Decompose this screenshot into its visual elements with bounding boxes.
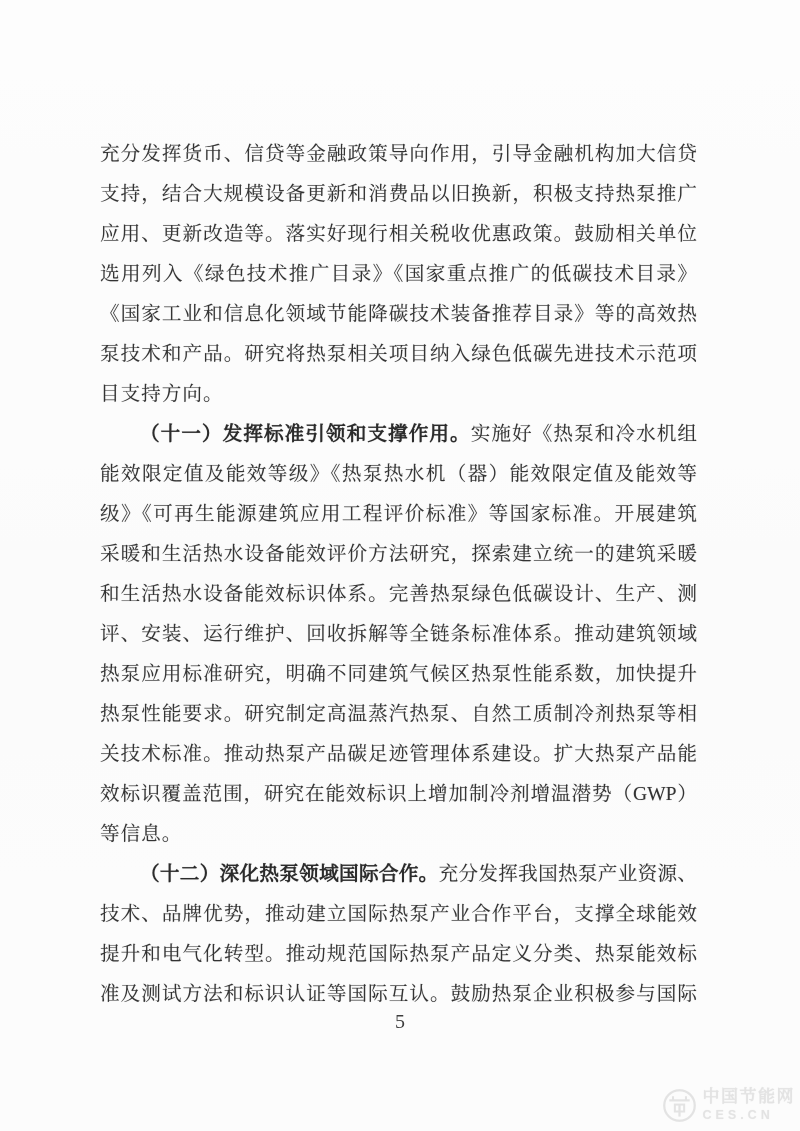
paragraph-heading-segment: （十二）深化热泵领域国际合作。 [140,864,439,885]
document-line: 效标识覆盖范围，研究在能效标识上增加制冷剂增温潜势（GWP） [100,775,697,815]
document-line: 采暖和生活热水设备能效评价方法研究，探索建立统一的建筑采暖 [100,535,697,575]
document-line: 评、安装、运行维护、回收拆解等全链条标准体系。推动建筑领域 [100,615,697,655]
document-line: 《国家工业和信息化领域节能降碳技术装备推荐目录》等的高效热 [100,295,697,335]
ces-logo-icon [661,1087,698,1124]
document-line: 关技术标准。推动热泵产品碳足迹管理体系建设。扩大热泵产品能 [100,735,697,775]
document-body: 充分发挥货币、信贷等金融政策导向作用，引导金融机构加大信贷支持，结合大规模设备更… [100,135,697,1015]
watermark-domain: CES.CN [703,1109,796,1123]
text-segment: 和生活热水设备能效标识体系。完善热泵绿色低碳设计、生产、测 [100,584,697,605]
text-segment: 采暖和生活热水设备能效评价方法研究，探索建立统一的建筑采暖 [100,544,697,565]
text-segment: 热泵性能要求。研究制定高温蒸汽热泵、自然工质制冷剂热泵等相 [100,704,697,725]
document-line: 能效限定值及能效等级》《热泵热水机（器）能效限定值及能效等 [100,455,697,495]
document-line: 等信息。 [100,815,697,855]
text-segment: 准及测试方法和标识认证等国际互认。鼓励热泵企业积极参与国际 [100,984,697,1005]
document-page: 充分发挥货币、信贷等金融政策导向作用，引导金融机构加大信贷支持，结合大规模设备更… [0,0,800,1131]
text-segment: 充分发挥我国热泵产业资源、 [439,864,697,885]
text-segment: 等信息。 [100,824,182,845]
text-segment: 效标识覆盖范围，研究在能效标识上增加制冷剂增温潜势（GWP） [100,784,697,805]
document-line: 应用、更新改造等。落实好现行相关税收优惠政策。鼓励相关单位 [100,215,697,255]
watermark-text: 中国节能网 CES.CN [703,1088,796,1122]
text-segment: 技术、品牌优势，推动建立国际热泵产业合作平台，支撑全球能效 [100,904,697,925]
text-segment: 评、安装、运行维护、回收拆解等全链条标准体系。推动建筑领域 [100,624,697,645]
text-segment: 能效限定值及能效等级》《热泵热水机（器）能效限定值及能效等 [100,464,697,485]
text-segment: 充分发挥货币、信贷等金融政策导向作用，引导金融机构加大信贷 [100,144,697,165]
text-segment: 关技术标准。推动热泵产品碳足迹管理体系建设。扩大热泵产品能 [100,744,697,765]
document-line: 目支持方向。 [100,375,697,415]
document-line: 热泵应用标准研究，明确不同建筑气候区热泵性能系数，加快提升 [100,655,697,695]
document-line: 选用列入《绿色技术推广目录》《国家重点推广的低碳技术目录》 [100,255,697,295]
text-segment: 级》《可再生能源建筑应用工程评价标准》等国家标准。开展建筑 [100,504,697,525]
document-line: 泵技术和产品。研究将热泵相关项目纳入绿色低碳先进技术示范项 [100,335,697,375]
document-line: 充分发挥货币、信贷等金融政策导向作用，引导金融机构加大信贷 [100,135,697,175]
text-segment: 实施好《热泵和冷水机组 [471,424,697,445]
text-segment: 《国家工业和信息化领域节能降碳技术装备推荐目录》等的高效热 [100,304,697,325]
paragraph-heading-segment: （十一）发挥标准引领和支撑作用。 [140,424,471,445]
text-segment: 应用、更新改造等。落实好现行相关税收优惠政策。鼓励相关单位 [100,224,697,245]
text-segment: 提升和电气化转型。推动规范国际热泵产品定义分类、热泵能效标 [100,944,697,965]
document-line: 提升和电气化转型。推动规范国际热泵产品定义分类、热泵能效标 [100,935,697,975]
watermark: 中国节能网 CES.CN [661,1087,796,1124]
document-line: 技术、品牌优势，推动建立国际热泵产业合作平台，支撑全球能效 [100,895,697,935]
document-line: 级》《可再生能源建筑应用工程评价标准》等国家标准。开展建筑 [100,495,697,535]
text-segment: 热泵应用标准研究，明确不同建筑气候区热泵性能系数，加快提升 [100,664,697,685]
text-segment: 选用列入《绿色技术推广目录》《国家重点推广的低碳技术目录》 [100,264,697,285]
text-segment: 泵技术和产品。研究将热泵相关项目纳入绿色低碳先进技术示范项 [100,344,697,365]
watermark-site-name: 中国节能网 [703,1088,796,1107]
document-line: （十一）发挥标准引领和支撑作用。实施好《热泵和冷水机组 [100,415,697,455]
document-line: 和生活热水设备能效标识体系。完善热泵绿色低碳设计、生产、测 [100,575,697,615]
page-number: 5 [0,1008,800,1036]
document-line: 支持，结合大规模设备更新和消费品以旧换新，积极支持热泵推广 [100,175,697,215]
document-line: （十二）深化热泵领域国际合作。充分发挥我国热泵产业资源、 [100,855,697,895]
document-line: 热泵性能要求。研究制定高温蒸汽热泵、自然工质制冷剂热泵等相 [100,695,697,735]
text-segment: 目支持方向。 [100,384,224,405]
text-segment: 支持，结合大规模设备更新和消费品以旧换新，积极支持热泵推广 [100,184,697,205]
